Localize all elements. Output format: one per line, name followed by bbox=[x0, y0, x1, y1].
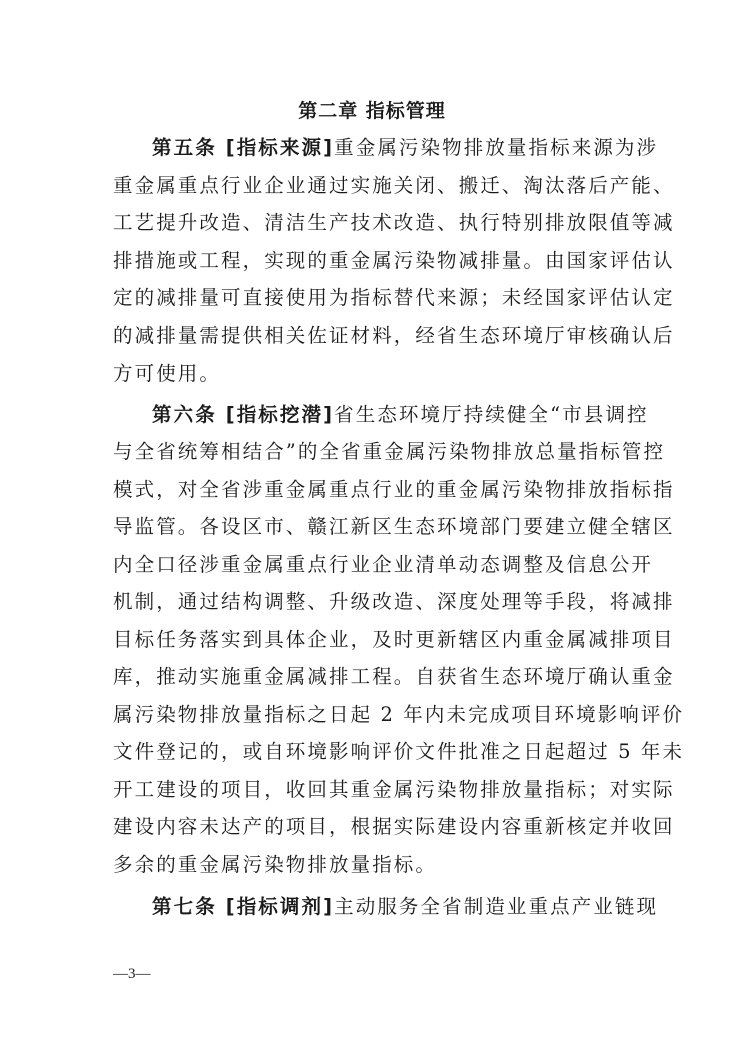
chapter-title: 第二章 指标管理 bbox=[0, 96, 744, 123]
text-line: 工艺提升改造、清洁生产技术改造、执行特别排放限值等减 bbox=[113, 209, 643, 237]
text-line: 排措施或工程，实现的重金属污染物减排量。由国家评估认 bbox=[113, 247, 643, 275]
text-line: 与全省统筹相结合”的全省重金属污染物排放总量指标管控 bbox=[113, 438, 643, 466]
text-line: 重金属污染物排放量指标来源为涉 bbox=[334, 136, 658, 159]
article-7-first-line: 第七条 [指标调剂]主动服务全省制造业重点产业链现 bbox=[152, 893, 682, 921]
text-line: 主动服务全省制造业重点产业链现 bbox=[334, 895, 658, 918]
document-page: 第二章 指标管理 第五条 [指标来源]重金属污染物排放量指标来源为涉 重金属重点… bbox=[0, 0, 744, 1052]
text-line: 目标任务落实到具体企业，及时更新辖区内重金属减排项目 bbox=[113, 626, 643, 654]
text-line: 建设内容未达产的项目，根据实际建设内容重新核定并收回 bbox=[113, 813, 643, 841]
text-line: 机制，通过结构调整、升级改造、深度处理等手段，将减排 bbox=[113, 588, 643, 616]
text-line: 导监管。各设区市、赣江新区生态环境部门要建立健全辖区 bbox=[113, 513, 643, 541]
text-line: 省生态环境厅持续健全“市县调控 bbox=[334, 403, 648, 426]
article-5-label: 第五条 [指标来源] bbox=[152, 136, 334, 159]
article-5-first-line: 第五条 [指标来源]重金属污染物排放量指标来源为涉 bbox=[152, 134, 682, 162]
article-6-label: 第六条 [指标挖潜] bbox=[152, 403, 334, 426]
text-line: 方可使用。 bbox=[113, 360, 643, 388]
text-line: 开工建设的项目，收回其重金属污染物排放量指标；对实际 bbox=[113, 776, 643, 804]
text-line: 多余的重金属污染物排放量指标。 bbox=[113, 851, 643, 879]
article-7-label: 第七条 [指标调剂] bbox=[152, 895, 334, 918]
text-line: 文件登记的，或自环境影响评价文件批准之日起超过 5 年未 bbox=[113, 738, 643, 766]
text-line: 属污染物排放量指标之日起 2 年内未完成项目环境影响评价 bbox=[113, 701, 643, 729]
text-line: 的减排量需提供相关佐证材料，经省生态环境厅审核确认后 bbox=[113, 322, 643, 350]
text-line: 定的减排量可直接使用为指标替代来源；未经国家评估认定 bbox=[113, 284, 643, 312]
text-line: 重金属重点行业企业通过实施关闭、搬迁、淘汰落后产能、 bbox=[113, 172, 643, 200]
text-line: 库，推动实施重金属减排工程。自获省生态环境厅确认重金 bbox=[113, 663, 643, 691]
text-line: 内全口径涉重金属重点行业企业清单动态调整及信息公开 bbox=[113, 551, 643, 579]
article-6-first-line: 第六条 [指标挖潜]省生态环境厅持续健全“市县调控 bbox=[152, 401, 682, 429]
text-line: 模式，对全省涉重金属重点行业的重金属污染物排放指标指 bbox=[113, 476, 643, 504]
page-number: —3— bbox=[113, 966, 151, 983]
